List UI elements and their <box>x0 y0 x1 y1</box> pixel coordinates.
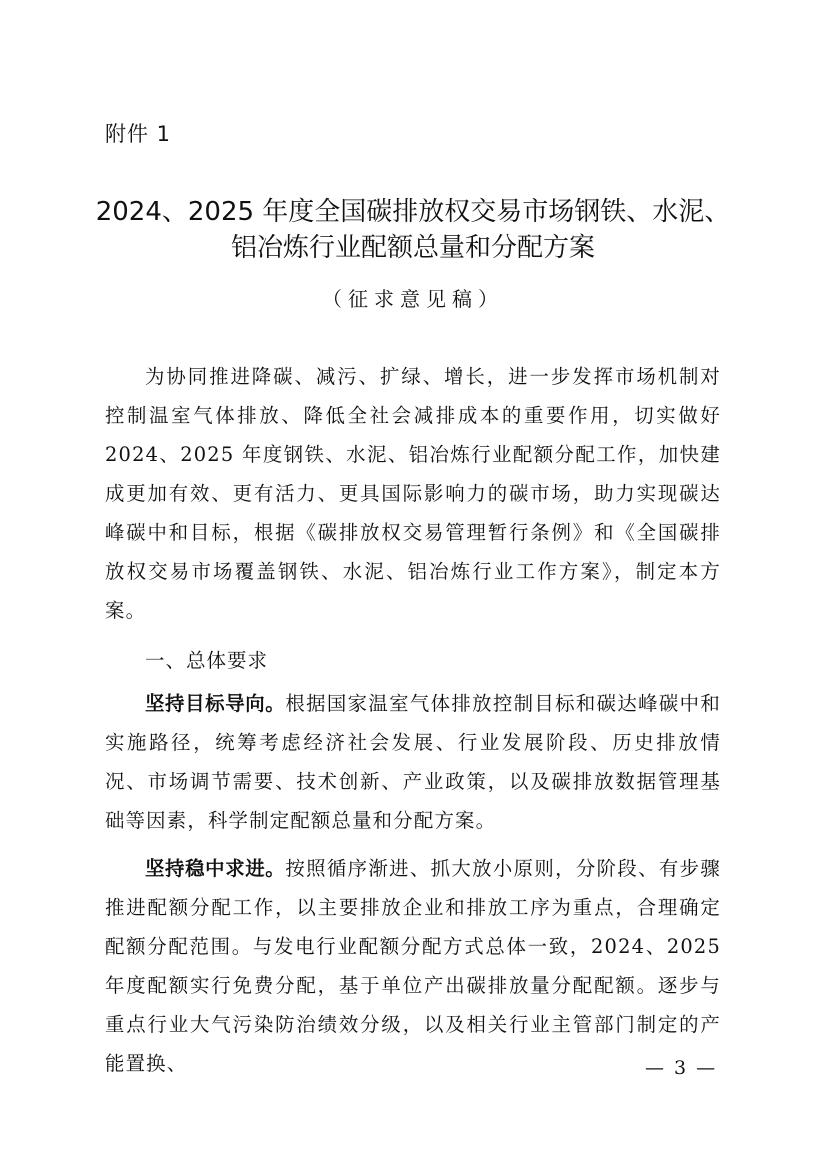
principle-title: 坚持目标导向。 <box>145 692 285 715</box>
intro-paragraph-text: 为协同推进降碳、减污、扩绿、增长，进一步发挥市场机制对控制温室气体排放、降低全社… <box>105 357 721 630</box>
principle-paragraph-steady-progress: 坚持稳中求进。按照循序渐进、抓大放小原则，分阶段、有步骤推进配额分配工作，以主要… <box>105 849 721 1083</box>
attachment-label: 附件 1 <box>105 118 171 148</box>
draft-subtitle: （征求意见稿） <box>0 283 826 312</box>
page-number: — 3 — <box>645 1057 717 1079</box>
principle-paragraph-target-oriented: 坚持目标导向。根据国家温室气体排放控制目标和碳达峰碳中和实施路径，统筹考虑经济社… <box>105 684 721 840</box>
principle-text: 按照循序渐进、抓大放小原则，分阶段、有步骤推进配额分配工作，以主要排放企业和排放… <box>105 857 721 1075</box>
section-heading-general-requirements: 一、总体要求 <box>145 645 268 673</box>
document-title-line1: 2024、2025 年度全国碳排放权交易市场钢铁、水泥、 <box>60 192 766 232</box>
intro-paragraph: 为协同推进降碳、减污、扩绿、增长，进一步发挥市场机制对控制温室气体排放、降低全社… <box>105 357 721 630</box>
document-title-line2: 铝冶炼行业配额总量和分配方案 <box>60 228 766 268</box>
principle-title: 坚持稳中求进。 <box>145 857 285 880</box>
document-page: 附件 1 2024、2025 年度全国碳排放权交易市场钢铁、水泥、 铝冶炼行业配… <box>0 0 826 1169</box>
